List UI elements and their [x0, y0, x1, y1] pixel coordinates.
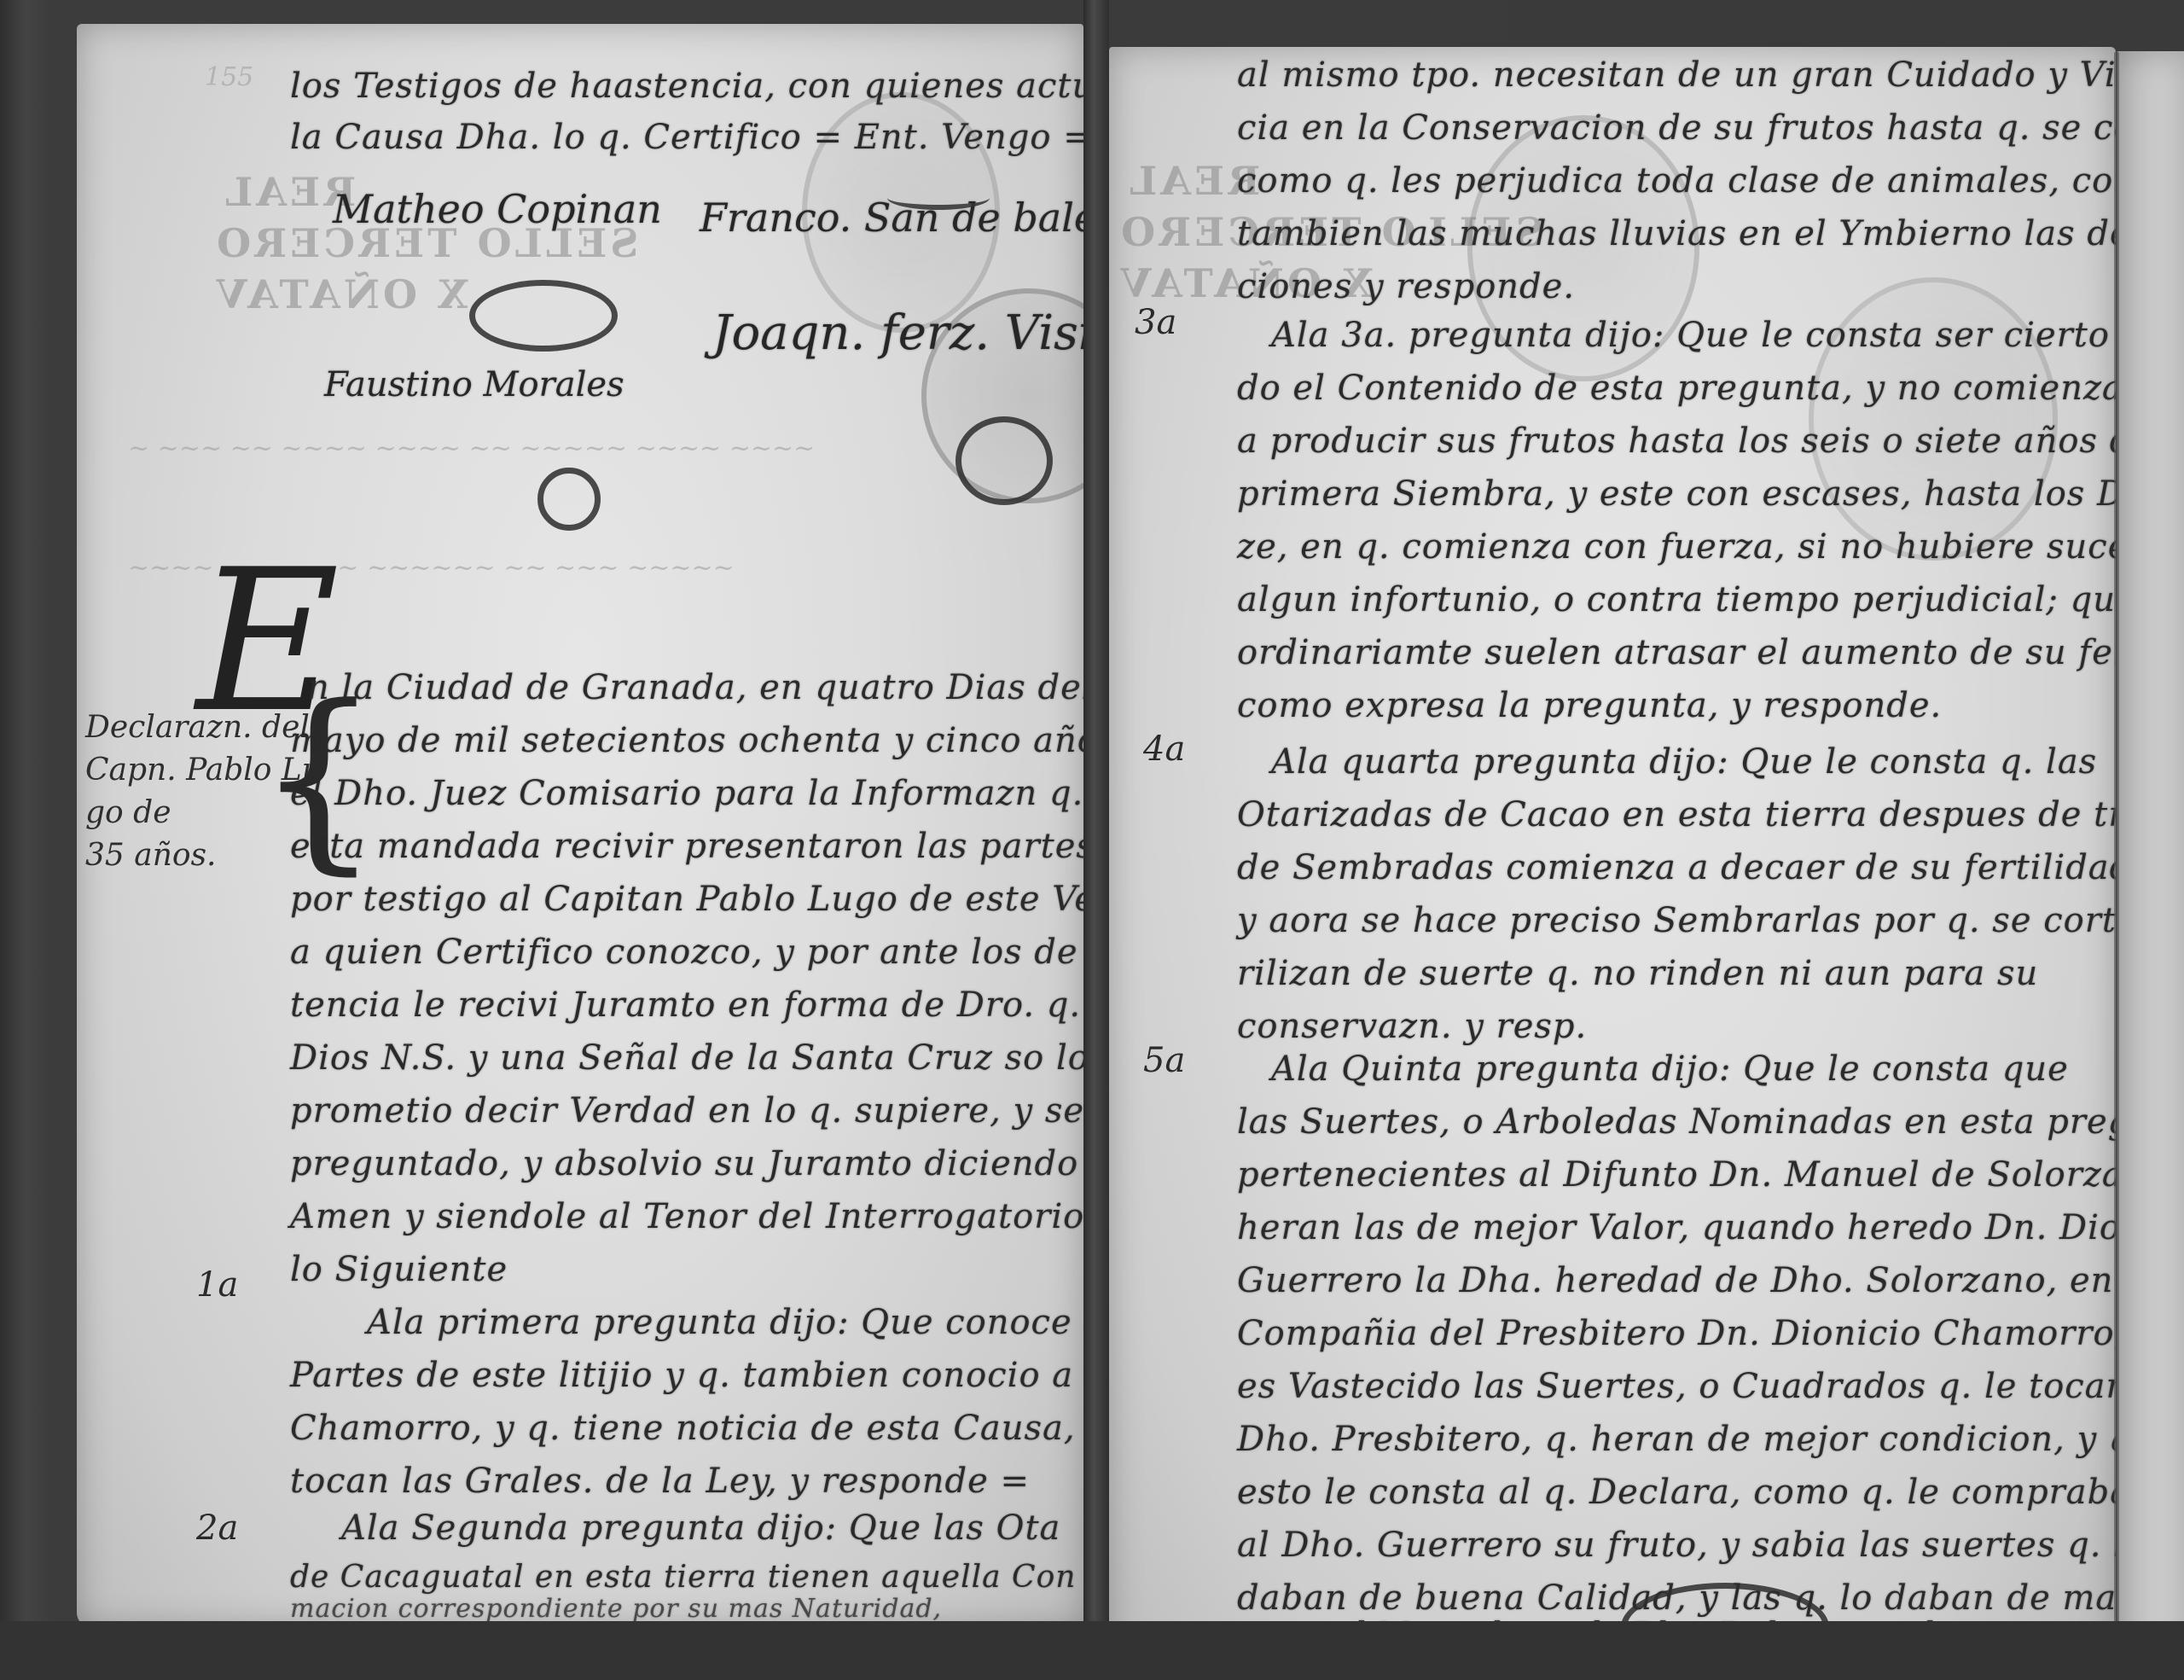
text-line: Dios N.S. y una Señal de la Santa Cruz s… [290, 1038, 1083, 1078]
text-line: conservazn. y resp. [1237, 1007, 1587, 1046]
flourish [887, 186, 990, 210]
text-line: prometio decir Verdad en lo q. supiere, … [290, 1091, 1083, 1131]
text-line: tocan las Grales. de la Ley, y responde … [290, 1462, 1030, 1501]
text-line: y aora se hace preciso Sembrarlas por q.… [1237, 901, 2116, 940]
question-number: 3a [1135, 303, 1176, 342]
text-line: do el Contenido de esta pregunta, y no c… [1237, 369, 2116, 408]
right-page: REAL SELLO TERCERO X OÑATAV al mismo tpo… [1109, 47, 2116, 1660]
text-line: de Sembradas comienza a decaer de su fer… [1237, 848, 2116, 887]
signature-matheo: Matheo Copinan [333, 186, 662, 232]
text-line: Compañia del Presbitero Dn. Dionicio Cha… [1237, 1314, 2116, 1353]
text-line: por testigo al Capitan Pablo Lugo de est… [290, 880, 1083, 919]
question-number: 4a [1143, 730, 1185, 769]
text-line: Ala quarta pregunta dijo: Que le consta … [1271, 742, 2097, 782]
text-line: al mismo tpo. necesitan de un gran Cuida… [1237, 55, 2116, 95]
text-line: primera Siembra, y este con escases, has… [1237, 474, 2116, 514]
text-line: n la Ciudad de Granada, en quatro Dias d… [307, 668, 1083, 707]
text-line: las Suertes, o Arboledas Nominadas en es… [1237, 1102, 2116, 1142]
question-number: 5a [1143, 1041, 1185, 1080]
scan-bottom-edge [0, 1621, 2184, 1680]
book-gutter [1083, 0, 1109, 1680]
bleedthrough-text: ~ ~~~ ~~ ~~~~ ~~~~ ~~ ~~~~~ ~~~~ ~~~~ [128, 433, 815, 463]
text-line: esta mandada recivir presentaron las par… [290, 827, 1083, 866]
text-line: macion correspondiente por su mas Naturi… [290, 1594, 942, 1624]
rubric-flourish [955, 416, 1053, 505]
text-line: el Dho. Juez Comisario para la Informazn… [290, 774, 1083, 813]
text-line: ciones y responde. [1237, 267, 1575, 306]
text-line: de Cacaguatal en esta tierra tienen aque… [290, 1560, 1076, 1595]
text-line: pertenecientes al Difunto Dn. Manuel de … [1237, 1155, 2116, 1195]
text-line: rilizan de suerte q. no rinden ni aun pa… [1237, 954, 2038, 993]
text-line: los Testigos de haastencia, con quienes … [290, 67, 1083, 106]
text-line: a producir sus frutos hasta los seis o s… [1237, 421, 2116, 461]
text-line: Partes de este litijio y q. tambien cono… [290, 1356, 1083, 1395]
text-line: Ala 3a. pregunta dijo: Que le consta ser… [1271, 316, 2116, 355]
text-line: tencia le recivi Juramto en forma de Dro… [290, 985, 1083, 1025]
next-page-edge [2117, 51, 2184, 1655]
margin-note-line: go de [85, 792, 171, 834]
text-line: mayo de mil setecientos ochenta y cinco … [290, 721, 1083, 760]
text-line: Ala primera pregunta dijo: Que conoce a … [367, 1303, 1083, 1342]
decorated-initial: E [196, 544, 340, 741]
text-line: al Dho. Guerrero su fruto, y sabia las s… [1237, 1526, 2116, 1565]
text-line: como q. les perjudica toda clase de anim… [1237, 161, 2116, 201]
text-line: heran las de mejor Valor, quando heredo … [1237, 1208, 2116, 1247]
text-line: ze, en q. comienza con fuerza, si no hub… [1237, 527, 2116, 567]
text-line: a quien Certifico conozco, y por ante lo… [290, 933, 1083, 972]
rubric-flourish [537, 468, 601, 531]
signature-joaquin: Joaqn. ferz. Visib [712, 305, 1083, 361]
signature-faustino: Faustino Morales [324, 365, 624, 404]
text-line: Otarizadas de Cacao en esta tierra despu… [1237, 795, 2116, 834]
margin-note-line: 35 años. [85, 834, 217, 877]
text-line: cia en la Conservacion de su frutos hast… [1237, 108, 2116, 148]
text-line: esto le consta al q. Declara, como q. le… [1237, 1473, 2116, 1512]
text-line: Ala Segunda pregunta dijo: Que las Ota [341, 1509, 1060, 1548]
text-line: la Causa Dha. lo q. Certifico = Ent. Ven… [290, 118, 1083, 157]
text-line: tambien las muchas lluvias en el Ymbiern… [1237, 214, 2116, 253]
text-line: Amen y siendole al Tenor del Interrogato… [290, 1197, 1083, 1236]
rubric-flourish [469, 280, 618, 352]
page-number: 155 [205, 62, 253, 92]
text-line: como expresa la pregunta, y responde. [1237, 686, 1942, 725]
text-line: Guerrero la Dha. heredad de Dho. Solorza… [1237, 1261, 2113, 1300]
question-number: 1a [196, 1265, 238, 1305]
text-line: ordinariamte suelen atrasar el aumento d… [1237, 633, 2116, 672]
text-line: es Vastecido las Suertes, o Cuadrados q.… [1237, 1367, 2116, 1406]
question-number: 2a [196, 1509, 238, 1548]
page-edge-shadow [2114, 51, 2119, 1655]
text-line: preguntado, y absolvio su Juramto dicien… [290, 1144, 1083, 1183]
text-line: Ala Quinta pregunta dijo: Que le consta … [1271, 1049, 2069, 1089]
text-line: Dho. Presbitero, q. heran de mejor condi… [1237, 1420, 2116, 1459]
left-page: REAL SELLO TERCERO X OÑATAV 155 los Test… [77, 24, 1083, 1628]
text-line: lo Siguiente [290, 1250, 508, 1289]
text-line: Chamorro, y q. tiene noticia de esta Cau… [290, 1409, 1083, 1448]
stamp-bleedthrough-3: X OÑATAV [213, 271, 468, 317]
text-line: algun infortunio, o contra tiempo perjud… [1237, 580, 2116, 619]
